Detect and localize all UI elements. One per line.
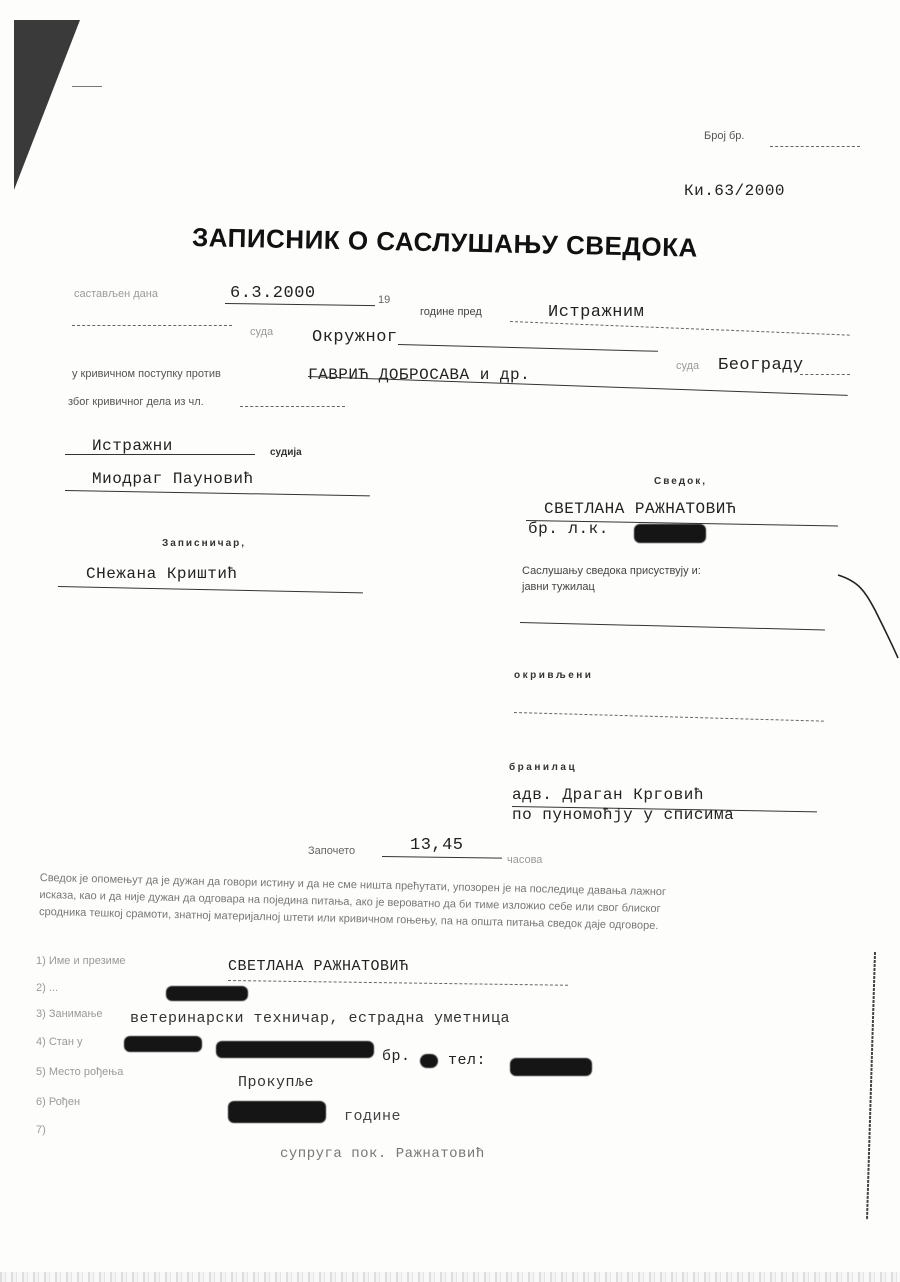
clerk-name: СНежана Криштић — [86, 565, 238, 583]
defendant-line — [514, 712, 824, 722]
started-line — [382, 856, 502, 859]
offense-line — [240, 406, 345, 407]
parent-value: супруга пок. Ражнатовић — [280, 1146, 485, 1162]
redacted-birth-date — [228, 1101, 326, 1123]
number-label: Број бр. — [704, 130, 744, 142]
redacted-parent-name — [166, 986, 248, 1001]
started-unit: часова — [507, 854, 542, 866]
counsel-note: по пуномоћју у списима — [512, 806, 734, 824]
judge-role-line — [65, 454, 255, 455]
date-value: 6.3.2000 — [230, 284, 316, 303]
date-line — [225, 303, 375, 306]
name-label: 1) Име и презиме — [36, 955, 126, 967]
redacted-street — [216, 1041, 374, 1058]
court-line — [398, 344, 658, 352]
redacted-id-number — [634, 524, 706, 543]
proceeding-label: у кривичном поступку против — [72, 368, 221, 380]
paper-fold-curve — [830, 570, 900, 660]
court-prefix-line — [72, 325, 232, 326]
number-line — [770, 146, 860, 147]
witness-name: СВЕТЛАНА РАЖНАТОВИЋ — [544, 500, 736, 518]
scan-mark — [72, 86, 102, 87]
row2-label: 2) ... — [36, 982, 58, 994]
id-label: бр. л.к. — [528, 520, 609, 538]
place-label: суда — [676, 360, 699, 372]
counsel-label: бранилац — [509, 762, 577, 773]
proceeding-value: ГАВРИЋ ДОБРОСАВА и др. — [308, 366, 530, 384]
place-value: Београду — [718, 356, 804, 375]
redacted-phone — [510, 1058, 592, 1076]
compiled-label: састављен дана — [74, 288, 158, 300]
court-value: Окружног — [312, 328, 398, 347]
before-value: Истражним — [548, 303, 644, 322]
judge-role-value: Истражни — [92, 437, 173, 455]
counsel-name: адв. Драган Крговић — [512, 786, 704, 804]
present-label: Саслушању сведока присуствују и: — [522, 565, 701, 577]
witness-label: Сведок, — [654, 476, 707, 487]
address-label: 4) Стан у — [36, 1036, 82, 1048]
occupation-label: 3) Занимање — [36, 1008, 103, 1020]
judge-name: Миодраг Пауновић — [92, 470, 254, 488]
offense-label: због кривичног дела из чл. — [68, 396, 204, 408]
clerk-label: Записничар, — [162, 538, 246, 549]
proceeding-strike — [308, 376, 848, 396]
paper-fold-line — [860, 950, 880, 1230]
phone-label: тел: — [448, 1052, 486, 1069]
instruction-paragraph: Сведок је опомењут да је дужан да говори… — [39, 870, 666, 935]
year-label: године пред — [420, 306, 482, 318]
birthplace-value: Прокупље — [238, 1074, 314, 1091]
prosecutor-line — [520, 622, 825, 630]
birthplace-label: 5) Место рођења — [36, 1066, 123, 1078]
redacted-house-number — [420, 1054, 438, 1068]
personal-name-value: СВЕТЛАНА РАЖНАТОВИЋ — [228, 958, 409, 975]
judge-line — [65, 490, 370, 496]
judge-role-label: судија — [270, 447, 302, 458]
place-line — [800, 374, 850, 375]
prosecutor-label: јавни тужилац — [522, 581, 595, 593]
redacted-city — [124, 1036, 202, 1052]
birth-label: 6) Рођен — [36, 1096, 80, 1108]
birth-year-label: године — [344, 1108, 401, 1125]
year-suffix: 19 — [378, 294, 390, 306]
scan-corner-shadow — [14, 20, 80, 190]
case-number: Ки.63/2000 — [684, 182, 785, 200]
address-number-label: бр. — [382, 1048, 411, 1065]
clerk-line — [58, 586, 363, 593]
court-label: суда — [250, 326, 273, 338]
name-line — [228, 980, 568, 986]
occupation-value: ветеринарски техничар, естрадна уметница — [130, 1010, 510, 1027]
defendant-label: окривљени — [514, 670, 593, 681]
started-time: 13,45 — [410, 836, 464, 855]
page-title: ЗАПИСНИК О САСЛУШАЊУ СВЕДОКА — [192, 222, 698, 264]
before-line — [510, 321, 850, 336]
started-label: Започето — [308, 845, 355, 857]
row7-label: 7) — [36, 1124, 46, 1136]
scan-bottom-noise — [0, 1272, 900, 1282]
